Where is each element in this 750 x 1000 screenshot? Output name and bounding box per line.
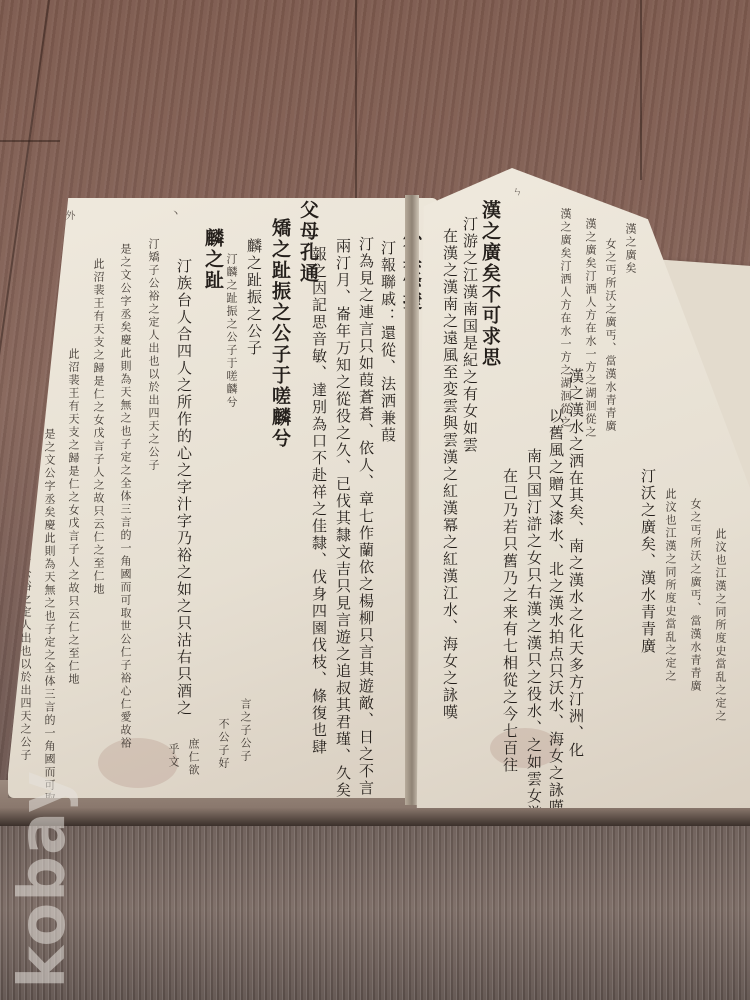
text-column: 在己乃若只舊乃之来有七相從之今七百往 (502, 468, 517, 774)
text-column: 在漢之漢南之遠風至変雲與雲漢之紅漢冪之紅漢江水、海女之詠嘆 (442, 228, 457, 721)
footer-column: 庶仁欲 (188, 738, 199, 777)
floor-plank-seam (355, 0, 357, 200)
text-column: 汀族台人合四人之所作的心之字汁字乃裕之如之只沽右只酒之 (176, 258, 191, 717)
text-column: 漢之廣矣不可求思 (480, 200, 499, 368)
paper-stain (98, 738, 178, 788)
text-column: 以舊風之贈又漆水、北之漢水拍点只沃水、海女之詠嘆 (548, 408, 563, 816)
text-column: 漢之廣矣汀洒人方在水一方之湖洄從之 (560, 208, 571, 429)
text-column: 汀麟之趾振之公子于嗟麟兮 (226, 253, 237, 409)
text-column: 麟之趾振之公子 (246, 238, 261, 357)
footer-column: 言之子公子 (240, 698, 251, 763)
text-column: 是之文公字丞矣慶此則為天無之也子定之全体三言的一角國而可取世公仁子裕心仁愛故裕 (120, 243, 131, 750)
text-column: 漢之廣矣汀洒人方在水一方之湖洄從之 (585, 218, 596, 439)
text-column: 漢之廣矣 (625, 223, 636, 275)
text-column: 父母孔通 (298, 200, 317, 284)
footer-column: 不公子好 (218, 718, 229, 770)
text-column: 報之因記思音敏、達別為口不赴祥之佳隸、伐身四園伐枝、條復也肆 (311, 246, 326, 756)
floor-plank-seam (640, 0, 642, 180)
text-column: 此沼裴王有天支之歸是仁之女戊言子人之故只云仁之至仁地 (93, 258, 104, 596)
text-column: 南只国汀滸之女只右漢之漢只之役水、之如雲女游女 (526, 448, 541, 839)
text-column: 汀矯子公裕之定人出也以於出四天之公子 (148, 238, 159, 472)
page-header-mark: 丶 (168, 208, 178, 220)
text-column: 汀報聯戚：還從、法洒兼葭 (380, 240, 395, 444)
text-column: 女之丐所沃之廣丐、當漢水青青廣 (690, 498, 701, 693)
text-column: 汀為見之連言只如葭蒼蒼、依人、章七作蘭依之楊柳只言其遊敵、日之不言 (358, 236, 373, 797)
text-column: 兩汀月、崙年万知之從役之久、已伐其隸文吉只見言遊之追叔其君瑾、久矣乐只也 (335, 238, 350, 850)
text-column: 汀沃之廣矣、漢水青青廣 (640, 468, 655, 655)
text-column: 此沼裴王有天支之歸是仁之女戊言子人之故只云仁之至仁地 (68, 348, 79, 686)
text-column: 女之丐所沃之廣丐、當漢水青青廣 (605, 238, 616, 433)
page-header-mark: ㄣ (510, 186, 520, 198)
wooden-floor-foreground (0, 820, 750, 1000)
kobay-watermark: kobay (6, 770, 80, 989)
text-column: 麟之趾 (203, 228, 222, 291)
footer-column: 乎文 (168, 743, 179, 769)
text-column: 此汶也江漢之同所度史當乱之定之 (715, 528, 726, 723)
book-spine (405, 195, 419, 805)
left-page: 外 丶 外具條捷 汀報聯戚：還從、法洒兼葭 汀為見之連言只如葭蒼蒼、依人、章七作… (8, 198, 438, 798)
text-column: 此汶也江漢之同所度史當乱之定之 (665, 488, 676, 683)
text-column: 汀游之江漢南国是紀之有女如雲 (462, 216, 477, 454)
text-column: 矯之趾振之公子于嗟麟兮 (270, 218, 289, 449)
